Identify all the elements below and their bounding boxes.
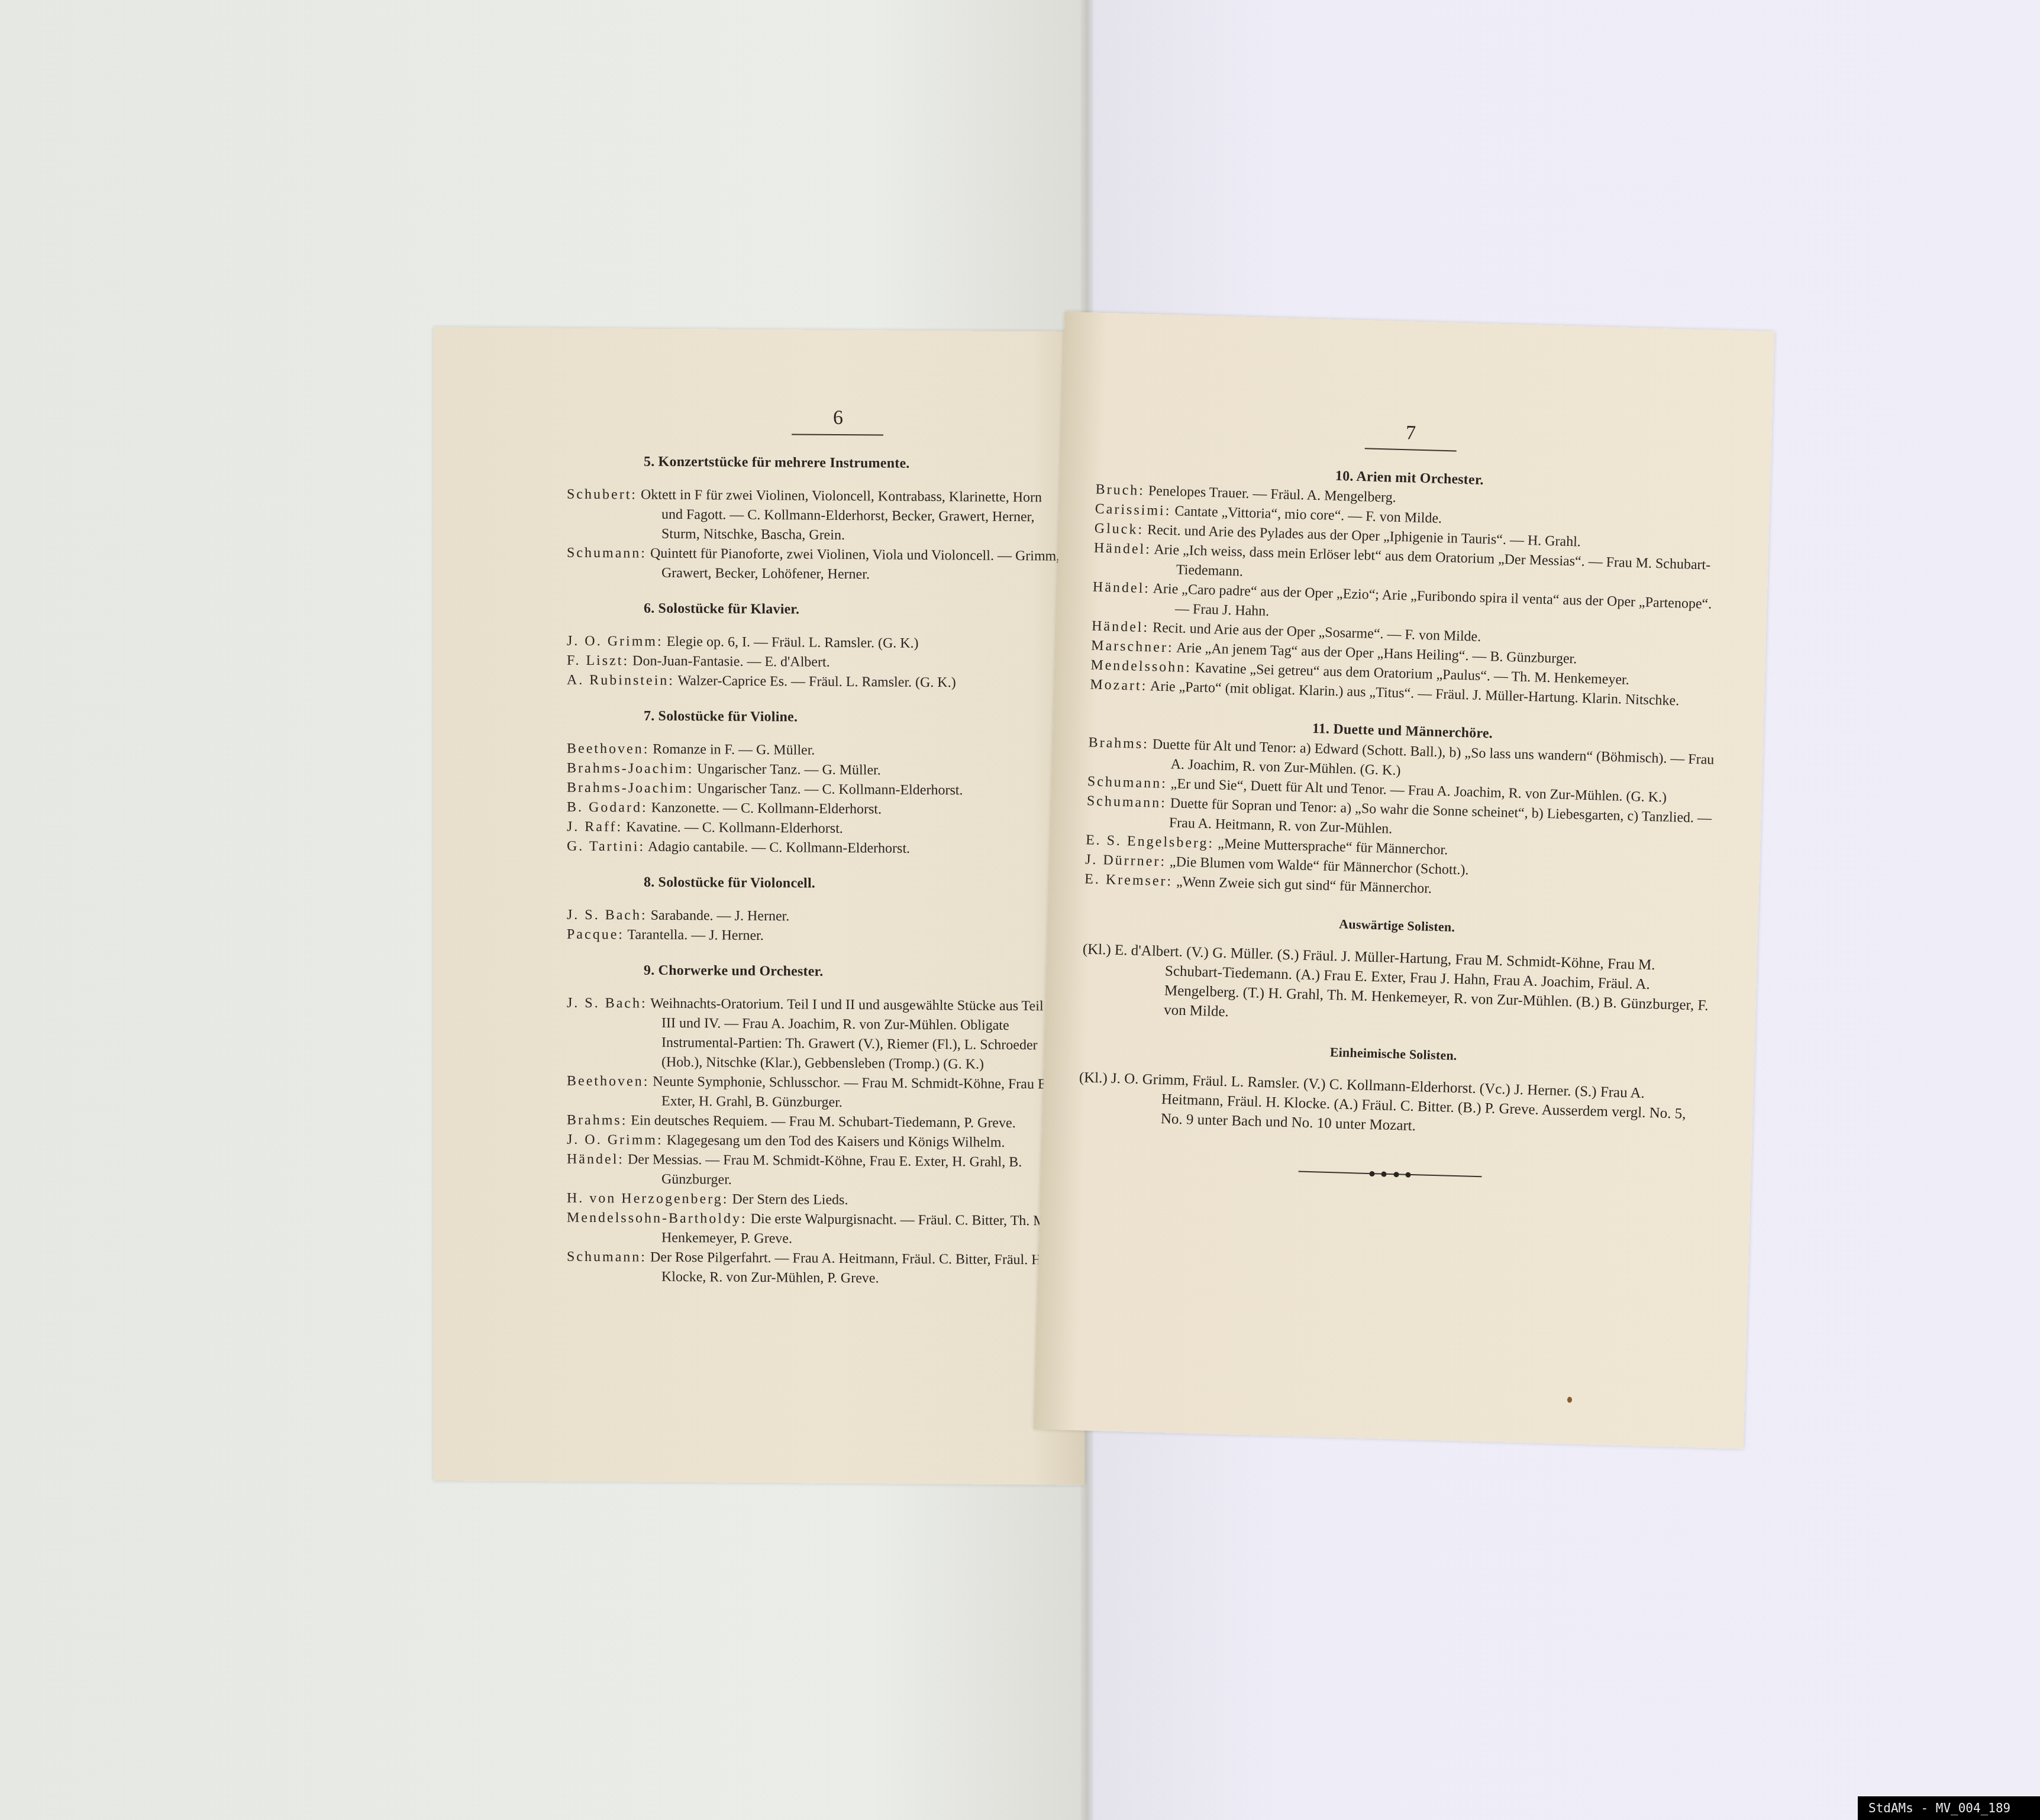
section-11: 11. Duette und Männerchöre. Brahms: Duet… bbox=[1084, 715, 1716, 906]
section-title: 6. Solostücke für Klavier. bbox=[567, 600, 1061, 620]
page-number: 6 bbox=[792, 406, 1061, 431]
entry-text: Ungarischer Tanz. — G. Müller. bbox=[693, 761, 880, 778]
section-title: Auswärtige Solisten. bbox=[1083, 909, 1710, 942]
section-8: 8. Solostücke für Violoncell. J. S. Bach… bbox=[567, 874, 1061, 948]
composer: Mozart: bbox=[1090, 677, 1148, 694]
composer: J. Dürrner: bbox=[1085, 852, 1167, 869]
entry-text: Ein deutsches Requiem. — Frau M. Schubar… bbox=[627, 1113, 1015, 1131]
section-title: 8. Solostücke für Violoncell. bbox=[567, 874, 1061, 894]
section-6: 6. Solostücke für Klavier. J. O. Grimm: … bbox=[567, 600, 1061, 694]
composer: J. O. Grimm: bbox=[567, 633, 663, 649]
entry-text: Sarabande. — J. Herner. bbox=[647, 908, 790, 924]
composer: Schumann: bbox=[1087, 774, 1167, 791]
entry: Händel: Der Messias. — Frau M. Schmidt-K… bbox=[567, 1150, 1061, 1192]
soloist-list: (Kl.) E. d'Albert. (V.) G. Müller. (S.) … bbox=[1081, 939, 1710, 1035]
page-number-rule bbox=[1364, 448, 1456, 451]
page-number-rule bbox=[792, 434, 883, 435]
entry-text: Walzer-Caprice Es. — Fräul. L. Ramsler. … bbox=[674, 673, 956, 690]
entry-text: Quintett für Pianoforte, zwei Violinen, … bbox=[647, 546, 1060, 583]
composer: Mendelssohn-Bartholdy: bbox=[567, 1210, 747, 1227]
section-title: 5. Konzertstücke für mehrere Instrumente… bbox=[567, 454, 1061, 473]
composer: B. Godard: bbox=[567, 800, 648, 816]
entry-text: Kanzonette. — C. Kollmann-Elderhorst. bbox=[648, 800, 882, 817]
soloist-list: (Kl.) J. O. Grimm, Fräul. L. Ramsler. (V… bbox=[1078, 1068, 1706, 1144]
entry-text: Romanze in F. — G. Müller. bbox=[649, 742, 815, 758]
entry-text: Oktett in F für zwei Violinen, Violoncel… bbox=[637, 487, 1042, 543]
composer: Brahms-Joachim: bbox=[567, 761, 693, 777]
page-right: 7 10. Arien mit Orchester. Bruch: Penelo… bbox=[1034, 312, 1774, 1449]
section-9: 9. Chorwerke und Orchester. J. S. Bach: … bbox=[567, 962, 1061, 1290]
entry-text: Weihnachts-Oratorium. Teil I und II und … bbox=[647, 996, 1044, 1072]
entry: Schumann: Der Rose Pilgerfahrt. — Frau A… bbox=[567, 1247, 1061, 1290]
entry-text: Der Rose Pilgerfahrt. — Frau A. Heitmann… bbox=[647, 1250, 1045, 1286]
composer: Gluck: bbox=[1094, 521, 1144, 538]
composer: Beethoven: bbox=[567, 1074, 649, 1090]
composer: A. Rubinstein: bbox=[567, 673, 674, 688]
entry-text: Klagegesang um den Tod des Kaisers und K… bbox=[663, 1133, 1005, 1150]
composer: E. S. Engelsberg: bbox=[1086, 832, 1215, 851]
composer: Schumann: bbox=[1087, 793, 1167, 811]
section-10: 10. Arien mit Orchester. Bruch: Penelope… bbox=[1090, 462, 1723, 712]
composer: Händel: bbox=[567, 1152, 624, 1168]
einheimische-solisten: Einheimische Solisten. (Kl.) J. O. Grimm… bbox=[1078, 1037, 1707, 1144]
section-5: 5. Konzertstücke für mehrere Instrumente… bbox=[567, 454, 1061, 586]
entry-text: Tarantella. — J. Herner. bbox=[624, 927, 764, 943]
composer: Schumann: bbox=[567, 1249, 647, 1265]
paper-stain bbox=[1567, 1396, 1572, 1402]
composer: J. Raff: bbox=[567, 819, 622, 835]
entry-text: Ungarischer Tanz. — C. Kollmann-Elderhor… bbox=[693, 781, 963, 798]
entry-text: Don-Juan-Fantasie. — E. d'Albert. bbox=[629, 653, 830, 670]
page-number: 7 bbox=[1097, 413, 1725, 454]
composer: Händel: bbox=[1092, 618, 1150, 635]
section-7: 7. Solostücke für Violine. Beethoven: Ro… bbox=[567, 708, 1061, 860]
composer: G. Tartini: bbox=[567, 839, 645, 855]
composer: J. S. Bach: bbox=[567, 995, 647, 1011]
entry-text: Elegie op. 6, I. — Fräul. L. Ramsler. (G… bbox=[663, 634, 919, 651]
composer: Carissimi: bbox=[1095, 502, 1171, 519]
section-title: Einheimische Solisten. bbox=[1080, 1037, 1707, 1071]
composer: Pacque: bbox=[567, 927, 624, 943]
auswaertige-solisten: Auswärtige Solisten. (Kl.) E. d'Albert. … bbox=[1081, 909, 1711, 1035]
entry-text: Kavatine. — C. Kollmann-Elderhorst. bbox=[622, 819, 843, 836]
composer: Schubert: bbox=[567, 487, 637, 503]
entry-text: Adagio cantabile. — C. Kollmann-Elderhor… bbox=[645, 839, 910, 856]
composer: Brahms: bbox=[567, 1113, 627, 1129]
composer: Marschner: bbox=[1091, 638, 1174, 655]
composer: Brahms: bbox=[1088, 735, 1149, 752]
entry: Schubert: Oktett in F für zwei Violinen,… bbox=[567, 485, 1061, 547]
entry-text: Der Stern des Lieds. bbox=[729, 1192, 848, 1208]
entry: Schumann: Quintett für Pianoforte, zwei … bbox=[567, 544, 1061, 586]
composer: Schumann: bbox=[567, 545, 647, 561]
composer: Bruch: bbox=[1095, 482, 1145, 499]
composer: Mendelssohn: bbox=[1090, 657, 1192, 675]
section-title: 7. Solostücke für Violine. bbox=[567, 708, 1061, 728]
composer: Beethoven: bbox=[567, 741, 649, 757]
entry: Mendelssohn-Bartholdy: Die erste Walpurg… bbox=[567, 1208, 1061, 1251]
composer: J. S. Bach: bbox=[567, 907, 647, 923]
section-title: 9. Chorwerke und Orchester. bbox=[567, 962, 1061, 982]
composer: Brahms-Joachim: bbox=[567, 780, 693, 796]
entry: G. Tartini: Adagio cantabile. — C. Kollm… bbox=[567, 837, 1061, 860]
composer: E. Kremser: bbox=[1084, 871, 1173, 889]
composer: Händel: bbox=[1093, 579, 1151, 596]
composer: H. von Herzogenberg: bbox=[567, 1191, 729, 1207]
composer: F. Liszt: bbox=[567, 653, 629, 669]
archive-watermark: StdAMs - MV_004_189 bbox=[1858, 1796, 2040, 1820]
page-left: 6 5. Konzertstücke für mehrere Instrumen… bbox=[434, 327, 1084, 1485]
end-ornament-divider bbox=[1298, 1168, 1481, 1181]
composer: J. O. Grimm: bbox=[567, 1132, 663, 1148]
composer: Händel: bbox=[1094, 541, 1152, 558]
entry: J. S. Bach: Weihnachts-Oratorium. Teil I… bbox=[567, 994, 1061, 1075]
entry: Beethoven: Neunte Symphonie, Schlusschor… bbox=[567, 1072, 1061, 1114]
entry: A. Rubinstein: Walzer-Caprice Es. — Fräu… bbox=[567, 671, 1061, 694]
entry-text: Neunte Symphonie, Schlusschor. — Frau M.… bbox=[649, 1074, 1050, 1110]
entry-text: Der Messias. — Frau M. Schmidt-Köhne, Fr… bbox=[624, 1152, 1022, 1187]
entry: Pacque: Tarantella. — J. Herner. bbox=[567, 925, 1061, 948]
